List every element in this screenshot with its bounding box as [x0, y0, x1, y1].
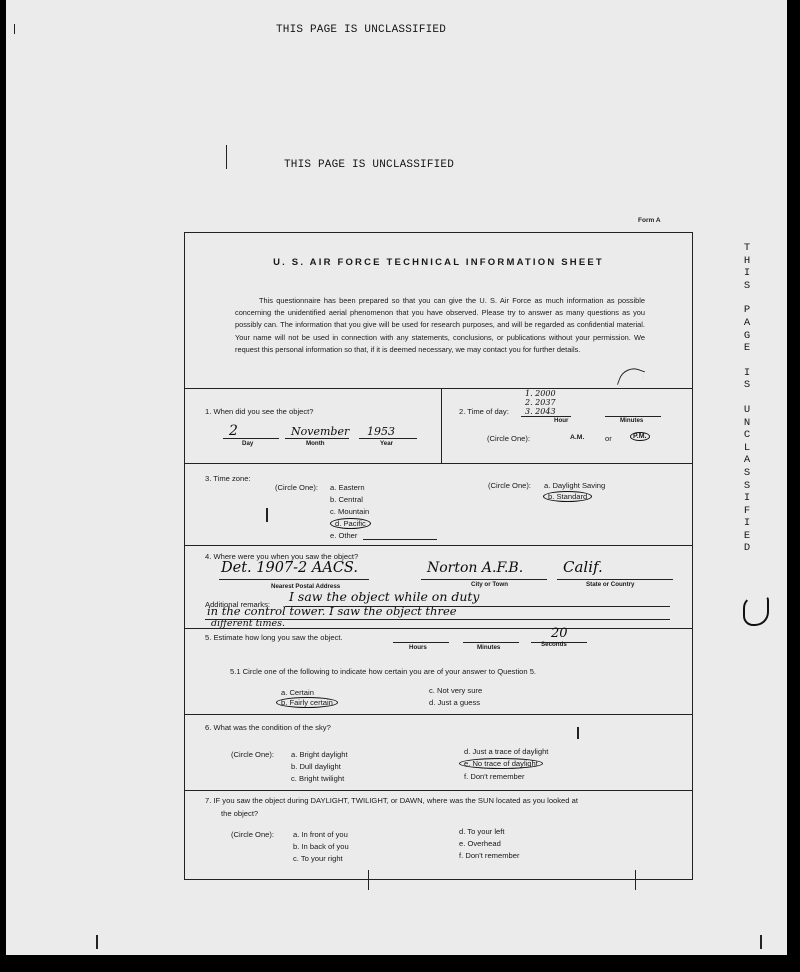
minutes-line — [463, 642, 519, 643]
year-label: Year — [380, 440, 393, 447]
stamp-gap — [741, 355, 753, 367]
stamp-letter: N — [741, 417, 753, 430]
divider — [185, 463, 692, 464]
remarks-line — [205, 619, 670, 620]
certainty-not-very-sure[interactable]: c. Not very sure — [429, 686, 482, 695]
state-label: State or Country — [586, 581, 634, 588]
other-zone-line — [363, 539, 437, 540]
divider — [185, 790, 692, 791]
q6-circle-one: (Circle One): — [231, 750, 274, 759]
q7-question-line-1: 7. IF you saw the object during DAYLIGHT… — [205, 796, 578, 805]
standard-option-circled: b. Standard — [543, 491, 592, 502]
divider — [441, 388, 442, 464]
seconds-label: Seconds — [541, 641, 567, 648]
q4-city-value[interactable]: Norton A.F.B. — [427, 560, 523, 576]
day-label: Day — [242, 440, 253, 447]
sky-dull-daylight[interactable]: b. Dull daylight — [291, 762, 341, 771]
hour-label: Hour — [554, 417, 568, 424]
postal-line — [219, 579, 369, 580]
stamp-letter: I — [741, 367, 753, 380]
scan-artifact — [368, 870, 369, 890]
stamp-letter: S — [741, 280, 753, 293]
stamp-letter: F — [741, 505, 753, 518]
sky-bright-twilight[interactable]: c. Bright twilight — [291, 774, 344, 783]
hours-label: Hours — [409, 644, 427, 651]
q2-circle-one: (Circle One): — [487, 434, 530, 443]
zone-eastern[interactable]: a. Eastern — [330, 483, 365, 492]
q4-postal-value[interactable]: Det. 1907-2 AACS. — [221, 560, 358, 576]
divider — [185, 388, 692, 389]
pm-option-circled: P.M. — [630, 432, 650, 441]
stamp-letter: T — [741, 242, 753, 255]
sky-trace-of-daylight[interactable]: d. Just a trace of daylight — [464, 747, 548, 756]
stamp-letter: U — [741, 404, 753, 417]
scan-artifact — [760, 935, 762, 949]
q3-circle-one: (Circle One): — [275, 483, 318, 492]
form-intro: This questionnaire has been prepared so … — [235, 295, 645, 356]
sun-overhead[interactable]: e. Overhead — [459, 839, 501, 848]
scan-border-bottom — [0, 955, 800, 972]
q2-time-1[interactable]: 1. 2000 — [525, 389, 556, 398]
stamp-letter: A — [741, 454, 753, 467]
sky-bright-daylight[interactable]: a. Bright daylight — [291, 750, 348, 759]
stamp-letter: P — [741, 304, 753, 317]
q7-question-line-2: the object? — [221, 809, 258, 818]
stamp-letter: I — [741, 492, 753, 505]
q4-state-value[interactable]: Calif. — [563, 558, 603, 576]
stamp-gap — [741, 292, 753, 304]
classification-stamp-top: THIS PAGE IS UNCLASSIFIED — [276, 24, 446, 36]
hours-line — [393, 642, 449, 643]
scan-border-right — [787, 0, 800, 972]
stamp-letter: S — [741, 379, 753, 392]
q1-year-value[interactable]: 1953 — [367, 425, 395, 438]
form-title: U. S. AIR FORCE TECHNICAL INFORMATION SH… — [185, 257, 692, 268]
sun-in-back[interactable]: b. In back of you — [293, 842, 349, 851]
no-trace-circled: e. No trace of daylight — [459, 758, 543, 769]
q2-time-2[interactable]: 2. 2037 — [525, 398, 556, 407]
certainty-just-a-guess[interactable]: d. Just a guess — [429, 698, 480, 707]
scan-artifact — [577, 727, 579, 739]
fairly-certain-circled: b. Fairly certain — [276, 697, 338, 708]
month-label: Month — [306, 440, 325, 447]
q2-question: 2. Time of day: — [459, 407, 509, 416]
remarks-line — [285, 606, 670, 607]
year-line — [359, 438, 417, 439]
scan-artifact — [14, 24, 15, 34]
stamp-letter: L — [741, 442, 753, 455]
q3-question: 3. Time zone: — [205, 474, 251, 483]
classification-stamp-vertical: T H I S P A G E I S U N C L A S S I F I … — [741, 242, 753, 555]
q1-question: 1. When did you see the object? — [205, 407, 314, 416]
q1-month-value[interactable]: November — [291, 425, 349, 438]
intro-text: This questionnaire has been prepared so … — [235, 296, 645, 354]
zone-mountain[interactable]: c. Mountain — [330, 507, 369, 516]
divider — [185, 628, 692, 629]
stamp-letter: E — [741, 530, 753, 543]
am-option[interactable]: A.M. — [570, 434, 584, 441]
technical-information-sheet: U. S. AIR FORCE TECHNICAL INFORMATION SH… — [184, 232, 693, 880]
month-line — [285, 438, 349, 439]
day-line — [223, 438, 279, 439]
divider — [185, 714, 692, 715]
q3-saving-circle-one: (Circle One): — [488, 481, 531, 490]
scan-artifact — [266, 508, 268, 522]
standard-option[interactable]: b. Standard — [543, 492, 592, 501]
state-line — [557, 579, 673, 580]
q2-time-3[interactable]: 3. 2043 — [525, 407, 556, 416]
stamp-letter: I — [741, 267, 753, 280]
scan-artifact — [635, 870, 636, 890]
sky-no-trace-of-daylight[interactable]: e. No trace of daylight — [459, 759, 543, 768]
or-text: or — [605, 434, 612, 443]
stamp-letter: C — [741, 429, 753, 442]
certainty-certain[interactable]: a. Certain — [281, 688, 314, 697]
remarks-line-1[interactable]: I saw the object while on duty — [289, 589, 480, 604]
stamp-letter: H — [741, 255, 753, 268]
daylight-saving-option[interactable]: a. Daylight Saving — [544, 481, 605, 490]
q5-1-question: 5.1 Circle one of the following to indic… — [230, 667, 536, 676]
zone-central[interactable]: b. Central — [330, 495, 363, 504]
stamp-letter: I — [741, 517, 753, 530]
sun-to-right[interactable]: c. To your right — [293, 854, 343, 863]
zone-other[interactable]: e. Other — [330, 531, 357, 540]
sky-dont-remember[interactable]: f. Don't remember — [464, 772, 525, 781]
city-label: City or Town — [471, 581, 508, 588]
minutes-label: Minutes — [620, 417, 643, 424]
stamp-letter: S — [741, 480, 753, 493]
stamp-gap — [741, 392, 753, 404]
q1-day-value[interactable]: 2 — [229, 423, 238, 439]
q5-seconds-value[interactable]: 20 — [551, 626, 568, 641]
pm-option[interactable]: P.M. — [630, 431, 650, 441]
stamp-letter: G — [741, 330, 753, 343]
certainty-fairly-certain[interactable]: b. Fairly certain — [276, 698, 338, 707]
stamp-letter: E — [741, 342, 753, 355]
q6-question: 6. What was the condition of the sky? — [205, 723, 331, 732]
stamp-letter: A — [741, 317, 753, 330]
stamp-letter: S — [741, 467, 753, 480]
paper-clip-mark — [743, 596, 769, 626]
sun-in-front[interactable]: a. In front of you — [293, 830, 348, 839]
city-line — [421, 579, 547, 580]
q5-question: 5. Estimate how long you saw the object. — [205, 633, 343, 642]
sun-dont-remember[interactable]: f. Don't remember — [459, 851, 520, 860]
zone-pacific[interactable]: d. Pacific — [330, 519, 371, 528]
classification-stamp-middle: THIS PAGE IS UNCLASSIFIED — [284, 159, 454, 171]
scan-artifact — [226, 145, 227, 169]
stamp-letter: D — [741, 542, 753, 555]
divider — [185, 545, 692, 546]
q7-circle-one: (Circle One): — [231, 830, 274, 839]
zone-pacific-circled: d. Pacific — [330, 518, 371, 529]
sun-to-left[interactable]: d. To your left — [459, 827, 504, 836]
minutes-label: Minutes — [477, 644, 500, 651]
form-label: Form A — [638, 217, 661, 224]
scan-artifact — [96, 935, 98, 949]
